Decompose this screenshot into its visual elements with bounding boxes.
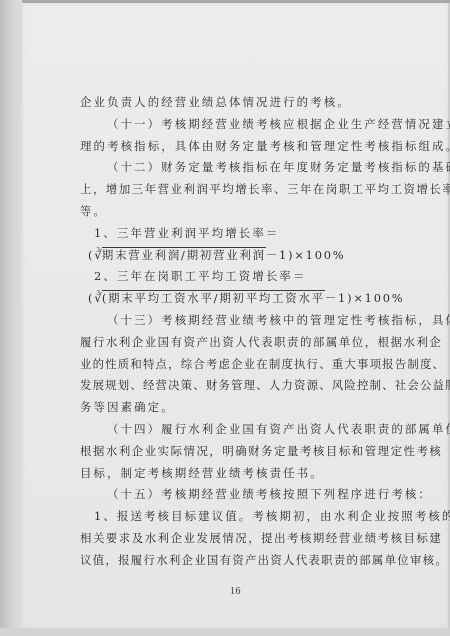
text-line: （十一）考核期经营业绩考核应根据企业生产经营情况建立合 [80, 114, 396, 136]
text-line: 根据水利企业实际情况，明确财务定量考核目标和管理定性考核 [80, 441, 396, 463]
text-line: 务等因素确定。 [80, 397, 396, 419]
text-line: （十四）履行水利企业国有资产出资人代表职责的部属单位要 [80, 419, 396, 441]
scan-left-margin [0, 0, 22, 636]
text-line: 1、报送考核目标建议值。考核期初，由水利企业按照考核的 [80, 506, 396, 528]
text-line: 上，增加三年营业利润平均增长率、三年在岗职工平均工资增长率 [80, 179, 396, 201]
text-line: 相关要求及水利企业发展情况，提出考核期经营业绩考核目标建 [80, 528, 396, 550]
text-line: 等。 [80, 201, 396, 223]
text-line: （十三）考核期经营业绩考核中的管理定性考核指标，具体由 [80, 310, 396, 332]
text-line: 理的考核指标，具体由财务定量考核和管理定性考核指标组成。 [80, 136, 396, 158]
page-number: 16 [230, 586, 241, 597]
text-line: 2、三年在岗职工平均工资增长率＝ [80, 266, 396, 288]
cube-root: 3√ [94, 288, 102, 310]
text-line: 议值，报履行水利企业国有资产出资人代表职责的部属单位审核。 [80, 550, 396, 572]
text-line: 履行水利企业国有资产出资人代表职责的部属单位，根据水利企 [80, 332, 396, 354]
text-line: （十五）考核期经营业绩考核按照下列程序进行考核： [80, 484, 396, 506]
text-line: 企业负责人的经营业绩总体情况进行的考核。 [80, 92, 396, 114]
radicand: 期末营业利润/期初营业利润 [102, 247, 266, 262]
text-line: 1、三年营业利润平均增长率＝ [80, 223, 396, 245]
cube-root: 3√ [94, 245, 102, 267]
text-line: （十二）财务定量考核指标在年度财务定量考核指标的基础 [80, 157, 396, 179]
formula-profit-growth: (3√期末营业利润/期初营业利润－1)×100% [80, 245, 396, 267]
root-index: 3 [96, 283, 100, 305]
text-line: 业的性质和特点，综合考虑企业在制度执行、重大事项报告制度、 [80, 354, 396, 376]
text-line: 目标，制定考核期经营业绩考核责任书。 [80, 463, 396, 485]
formula-tail: －1)×100% [325, 291, 405, 305]
root-index: 3 [96, 240, 100, 262]
document-body: 企业负责人的经营业绩总体情况进行的考核。 （十一）考核期经营业绩考核应根据企业生… [80, 92, 396, 572]
radicand: (期末平均工资水平/期初平均工资水平 [102, 290, 325, 305]
scan-bottom-edge [0, 628, 450, 636]
formula-tail: －1)×100% [266, 248, 346, 262]
formula-wage-growth: (3√(期末平均工资水平/期初平均工资水平－1)×100% [80, 288, 396, 310]
text-line: 发展规划、经营决策、财务管理、人力资源、风险控制、社会公益服 [80, 375, 396, 397]
